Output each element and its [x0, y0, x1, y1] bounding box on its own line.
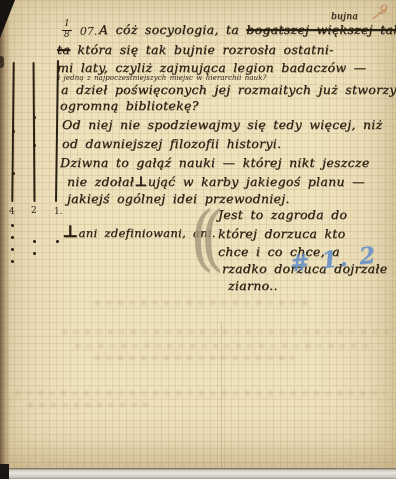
bleed-through-line	[75, 344, 375, 348]
line-text: ująć w karby jakiegoś planu —	[148, 174, 365, 189]
side-note-line: ziarno..	[228, 280, 278, 293]
bleed-through-line	[95, 301, 310, 305]
interline-note: i jedną z najpoczestniejszych miejsc w h…	[58, 75, 266, 82]
double-parenthesis-mark: ((	[190, 196, 210, 280]
graph-paper-page: 18 07. 9 A cóż socyologia, ta bogatszej …	[0, 0, 396, 468]
manuscript-line: jakiejś ogólnej idei przewodniej.	[67, 193, 290, 206]
manuscript-line: mi laty, czyliż zajmująca legion badaczó…	[57, 62, 366, 75]
tally-line-2	[33, 62, 36, 202]
manuscript-line: a dzieł poświęconych jej rozmaitych już …	[61, 84, 396, 97]
manuscript-line: ogromną bibliotekę?	[60, 100, 199, 113]
side-note-line: której dorzuca kto	[218, 228, 345, 241]
date-fraction: 18	[62, 20, 72, 41]
insertion-mark: ⊥	[62, 222, 79, 242]
tally-number: 4	[9, 208, 15, 217]
date-notation: 18 07.	[62, 20, 97, 41]
tally-dot-column	[33, 240, 36, 255]
interline-insertion: bujna	[331, 13, 358, 22]
crossed-out-word: ta	[57, 42, 70, 57]
manuscript-line: nie zdołał⊥ująć w karby jakiegoś planu —	[67, 175, 365, 189]
line2-text: która się tak bujnie rozrosła ostatni-	[77, 42, 333, 57]
tally-dot	[56, 240, 59, 243]
line1-text: A cóż socyologia, ta	[99, 22, 239, 37]
tally-dot	[33, 240, 36, 243]
binding-gutter-shadow	[0, 0, 11, 468]
line-text: nie zdołał	[67, 174, 134, 189]
bleed-through-line	[15, 391, 385, 395]
bleed-through-line	[62, 330, 392, 334]
dark-corner-bottom-left	[0, 464, 9, 479]
manuscript-line: ta która się tak bujnie rozrosła ostatni…	[57, 44, 334, 57]
bleed-through-line	[28, 403, 148, 407]
tally-number: 1.	[54, 208, 63, 217]
side-note-line: Jest to zagroda do	[218, 209, 347, 222]
manuscript-line: A cóż socyologia, ta bogatszej większej …	[99, 24, 396, 37]
manuscript-line: Dziwna to gałąź nauki — której nikt jesz…	[60, 157, 370, 170]
tally-dot-column	[56, 240, 59, 243]
bleed-through-line	[95, 356, 295, 360]
tally-dot	[11, 236, 14, 239]
crossed-out-text: bogatszej większej tak rozwi-	[246, 22, 396, 37]
tally-dot	[33, 252, 36, 255]
tally-mark-dot	[12, 130, 15, 133]
tally-dot	[11, 248, 14, 251]
tally-number: 2	[31, 207, 37, 216]
tally-mark-dot	[12, 172, 15, 175]
insertion-mark: ⊥	[134, 174, 148, 190]
tally-mark-dot	[33, 144, 36, 147]
edge-nick	[0, 56, 4, 68]
tally-dot-column	[11, 224, 14, 263]
date-year: 07.	[80, 25, 98, 38]
tally-dot	[11, 224, 14, 227]
manuscript-line: Od niej nie spodziewajmy się tedy więcej…	[62, 119, 382, 132]
manuscript-line: od dawniejszej filozofii historyi.	[62, 138, 281, 151]
page-stack-edge	[0, 468, 396, 479]
tally-dot	[11, 260, 14, 263]
notebook-page-scan: 18 07. 9 A cóż socyologia, ta bogatszej …	[0, 0, 396, 479]
date-month: 8	[62, 31, 72, 41]
tally-mark-dot	[33, 116, 36, 119]
torn-corner-top-left	[0, 0, 15, 38]
